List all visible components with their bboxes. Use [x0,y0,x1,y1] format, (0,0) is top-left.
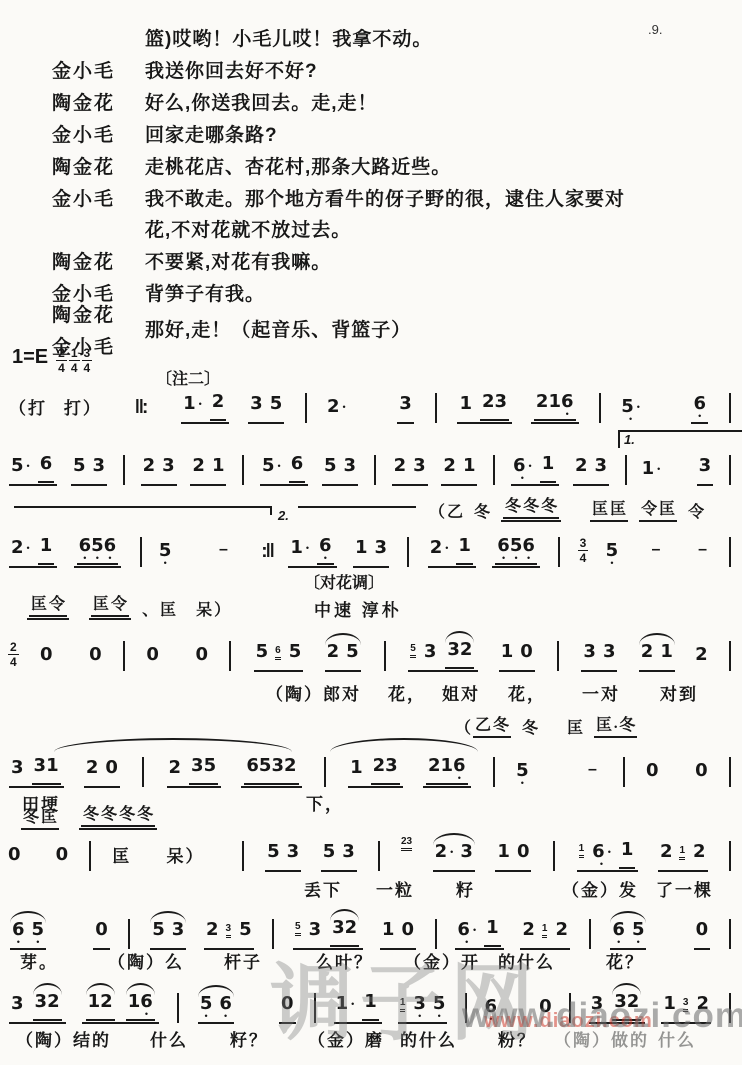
note-digit: 2 [206,921,219,939]
octave-dot: • [457,775,461,783]
note-digit: 2 [695,646,708,664]
space [86,482,93,483]
grace-note: 1 [679,845,685,860]
note: 0 [40,646,53,672]
note: 2 [695,646,708,672]
perc-syllable: 冬 [83,801,99,824]
perc-syllable: ） [185,842,202,867]
beam-group: 10 [495,843,531,872]
note: 1• [642,460,661,486]
beam-group: 53 [322,457,358,486]
note: 5 [152,921,165,947]
octave-dot: • [418,1013,422,1021]
note-digit: 1 [459,395,472,413]
note: 6• [104,537,117,563]
beam-group: 13•5• [398,995,448,1024]
perc-syllable: 令 [111,591,127,614]
note: 2 [327,643,340,669]
space [584,737,593,738]
note-digit: 1 [88,993,101,1011]
perc-syllable: 呆 [166,842,183,867]
note: 0 [401,921,414,947]
note: 2• [327,398,346,424]
beam-group: 冬匡 [21,804,59,830]
space [646,1023,660,1024]
beam-group: 匡匡 [590,496,628,522]
note: 0 [56,846,69,872]
music-system-7: 冬匡冬冬冬冬00匡呆）5353232•31016••1212丢下一粒籽（金）发了… [8,804,734,900]
space [309,564,316,565]
space [58,567,72,568]
space [358,871,376,872]
note-digit: 2 [693,843,706,861]
note: 5 [323,843,336,869]
dialogue-speaker: 陶金花 [52,300,115,327]
space [67,1023,81,1024]
note-digit: 2 [169,759,182,777]
beam-group: 5332 [408,641,478,672]
perc-syllable: ） [214,597,230,620]
space [71,671,89,672]
space [24,784,31,785]
note: 3 [34,757,47,783]
space [247,871,265,872]
note: 5 [239,921,252,947]
space [429,485,441,486]
note: 6 [40,455,53,481]
space [208,671,226,672]
beam-group: 123 [457,393,512,424]
note-digit: 1 [46,757,59,775]
space [470,1023,484,1024]
beam-group: 冬冬冬 [503,493,559,519]
space [147,787,165,788]
space [21,871,39,872]
note-digit: 3 [385,757,398,775]
space [404,787,422,788]
note-digit: 0 [695,762,708,780]
space [633,567,647,568]
note-digit: 3 [287,843,300,861]
note: 5• [632,921,645,947]
note: 5• [159,542,172,568]
note-digit: 1 [621,841,634,859]
dialogue-line: 回家走哪条路? [145,120,278,147]
beam-group: 冬冬冬 [501,493,561,522]
space [426,1020,433,1021]
note: 5• [262,457,281,483]
note: 5 [289,643,302,669]
space [68,871,86,872]
grace-note: 1 [400,997,406,1012]
note: 3 [271,757,284,783]
barline [272,919,274,949]
octave-dot: • [204,1013,208,1021]
note: 5 [346,643,359,669]
barline [140,537,142,567]
space [477,567,491,568]
beam-group: 332 [589,993,646,1024]
note: 0 [517,843,530,869]
beam-group: 23 [371,757,400,785]
octave-dot: • [636,939,640,947]
beam-group: 10 [499,643,535,672]
note: 1• [183,395,202,421]
space [321,946,328,947]
lyric: 对到 [660,680,698,705]
note-digit: 1 [336,995,349,1013]
lyric: 粉？ [498,1026,536,1051]
space [222,787,240,788]
beam-group: 匡•冬 [594,712,637,738]
beam-group: 212 [520,921,570,950]
note: 2 [522,921,535,947]
perc-syllable: 匡 [112,842,129,867]
note-digit: 3 [332,919,345,937]
note: 5 [259,757,272,783]
note: 5• [516,762,529,788]
beam-group: 1216• [82,993,159,1024]
space [417,668,424,669]
tempo-marking: 中速 淳朴 [314,596,402,621]
space [477,871,495,872]
slur: 32 [443,641,476,669]
octave-dot: • [629,416,633,424]
note: 2 [460,641,473,667]
space [456,482,463,483]
note-digit: 3 [374,539,387,557]
note: 5• [510,537,523,563]
barline [729,993,731,1023]
note: 1 [355,539,368,565]
space [268,668,275,669]
note-digit: 3 [34,757,47,775]
space [337,482,344,483]
space [304,671,322,672]
note: 5 [270,395,283,421]
barline [177,993,179,1023]
space [102,671,120,672]
notes-row: 00匡呆）5353232•31016••1212 [8,834,734,872]
lyric: 的什么 [400,1026,457,1051]
beam-group: 6•5•6• [74,537,122,568]
octave-dot: • [83,555,87,563]
note-digit: 6 [291,455,304,473]
barline [123,455,125,485]
aug-dot: • [450,847,453,857]
note: 5• [200,995,213,1021]
dialogue-line: 不要紧,对花有我嘛。 [145,247,331,274]
note-digit: 0 [517,843,530,861]
space [604,423,621,424]
note: 0 [539,998,552,1024]
note-digit: 2 [394,457,407,475]
space [309,485,321,486]
perc-syllable: 冬 [619,712,635,735]
note: 1 [542,455,555,481]
octave-dot: • [144,1011,148,1019]
beam-group: 5332 [293,919,363,950]
perc-syllable: 乙 [447,499,463,522]
note: 2 [284,757,297,783]
space [250,1023,264,1024]
barline [324,757,326,787]
note-digit: 5 [239,921,252,939]
space [165,946,172,947]
barline [314,993,316,1023]
octave-dot: • [600,861,604,869]
note-digit: 2 [373,757,386,775]
space [512,737,521,738]
perc-syllable: （ [455,715,471,738]
barline [553,841,555,871]
note: 6• [79,537,92,563]
time-signature: 24 [8,641,19,668]
beam-group: 6•5• [610,921,646,950]
beam-group: 1 [38,537,55,565]
note: 3 [583,643,596,669]
note-digit: 1 [212,457,225,475]
beam-group: 1 [456,537,473,565]
note: 1 [440,757,453,783]
note-digit: 2 [575,457,588,475]
note: 2 [86,759,99,785]
beam-group: 32 [612,993,641,1021]
note: 3 [332,919,345,945]
space [580,521,589,522]
notes-row: 5•65323215•65323216••1231•3 [8,448,734,486]
note: 5 [324,457,337,483]
note: 2 [100,993,113,1019]
note: 3 [385,757,398,783]
space [302,946,309,947]
barline [623,757,625,787]
aug-dot: • [306,543,309,553]
note: 1 [548,393,561,419]
note: 1 [128,993,141,1019]
space [363,671,381,672]
space [177,671,195,672]
slur: 32 [610,993,643,1021]
note: 1 [382,921,395,947]
barline [435,919,437,949]
note-digit: 2 [327,643,340,661]
barline [729,537,731,567]
note-digit: 0 [281,995,294,1013]
note: 3 [250,395,263,421]
note-digit: 0 [696,921,709,939]
beam-group: 1 [362,993,379,1021]
space [171,567,185,568]
space [563,567,577,568]
note-digit: 3 [35,993,48,1011]
barline [305,393,307,423]
space [359,485,371,486]
note: 0 [281,995,294,1021]
dialogue-speaker: 陶金花 [52,152,115,179]
notes-row: 6•5•0532355332106••12126•5•0 [8,912,734,950]
note-digit: 0 [95,921,108,939]
space [297,1023,311,1024]
slur: 2•3 [431,843,477,872]
barline [729,393,731,423]
space [58,485,70,486]
beam-group: 2•1 [428,537,476,568]
space [513,423,530,424]
note-digit: 1 [660,643,673,661]
dialogue-speaker: 陶金花 [52,88,115,115]
aug-dot: • [27,543,30,553]
notes-row: 2•16•5•6•5•–:‖1•6•132•16•5•6•345•–– [8,530,734,568]
note-digit: 3 [271,757,284,775]
repeat-end: :‖ [261,541,273,563]
note-digit: 2 [284,757,297,775]
space [181,784,188,785]
beam-group: 12 [86,993,115,1021]
note: 1 [350,759,363,785]
aug-dot: • [199,399,202,409]
beam-group: 6•5•6• [77,537,119,565]
beam-group: 1•2 [181,393,229,424]
aug-dot: • [637,402,640,412]
note-digit: 0 [8,846,21,864]
space [498,485,510,486]
space [53,671,71,672]
percussion-text: （乙冬冬冬冬匡匡令匡令 [428,496,705,522]
lyric: （陶）结的 [16,1026,111,1051]
barline [435,393,437,423]
dot: • [614,722,617,732]
octave-dot: • [489,1016,493,1024]
space [390,567,404,568]
lyric: 什么 [658,1026,696,1051]
space [121,787,139,788]
note: 5 [204,757,217,783]
space [221,871,239,872]
perc-syllable: 令 [641,496,657,519]
space [303,787,321,788]
space [30,564,37,565]
space [310,423,327,424]
space [202,420,209,421]
space [263,420,270,421]
note: 1 [663,995,676,1021]
slur: 25 [323,643,363,672]
note-digit: 3 [591,995,604,1013]
space [367,564,374,565]
note: 3 [342,843,355,869]
dialogue-speaker: 金小毛 [52,184,115,211]
perc-syllable: 冬 [523,493,539,516]
note: 2• [435,843,454,869]
octave-dot: • [502,555,506,563]
note-digit: 0 [520,643,533,661]
space [234,671,252,672]
barline [374,455,376,485]
space [389,671,407,672]
note-digit: 2 [627,993,640,1011]
perc-syllable: 冬 [522,715,538,738]
note-digit: 2 [555,921,568,939]
lyric: （金）磨 [308,1026,384,1051]
note: 2 [394,457,407,483]
note-digit: 0 [646,762,659,780]
beam-group: 匡令 [27,591,69,620]
barline [378,841,380,871]
note-digit: 0 [89,646,102,664]
note: 2 [143,457,156,483]
slur: 32 [328,919,361,947]
note: 5•• [621,398,640,424]
slur: 5•6• [196,995,236,1024]
repeat-begin: ‖: [135,397,147,419]
space [130,871,148,872]
note: 3 [595,457,608,483]
note: 0 [105,759,118,785]
note: 3• [413,995,426,1021]
space [160,1023,174,1024]
space [379,485,391,486]
beam-group: 6532 [241,757,301,788]
beam-group: 匡令 [29,591,67,617]
space [163,423,180,424]
note: 2• [430,539,449,565]
octave-dot: • [36,939,40,947]
space [491,521,500,522]
space [394,946,401,947]
note-digit: 0 [105,759,118,777]
note-digit: 3 [460,843,473,861]
space [448,564,455,565]
note: 5• [32,921,45,947]
page-number: .9. [648,22,662,37]
space [625,946,632,947]
dash: – [647,538,665,562]
grace-note: 1 [542,923,548,938]
dash: – [583,758,601,782]
grace-note: 3 [226,923,232,938]
space [227,485,239,486]
note: 2 [555,921,568,947]
aug-dot: • [529,461,532,471]
note-digit: 2 [86,759,99,777]
space [580,423,597,424]
note: 6• [319,537,332,563]
space [653,668,660,669]
barline [493,757,495,787]
note-digit: 6 [40,455,53,473]
space [383,871,401,872]
beam-group: 0 [279,995,296,1024]
dialogue-speaker: 金小毛 [52,56,115,83]
note: 2 [373,757,386,783]
space [230,423,247,424]
space [128,671,146,672]
aug-dot: • [657,464,660,474]
space [535,946,542,947]
beam-group: 235 [167,757,222,788]
barline [493,455,495,485]
barline [128,919,130,949]
perc-syllable: 冬 [23,804,39,827]
space [346,423,363,424]
beam-group: 20 [84,759,120,788]
note: 6• [453,757,466,783]
note-digit: 5 [152,921,165,939]
octave-dot: • [520,475,524,483]
note-digit: 5 [323,843,336,861]
space [281,482,288,483]
